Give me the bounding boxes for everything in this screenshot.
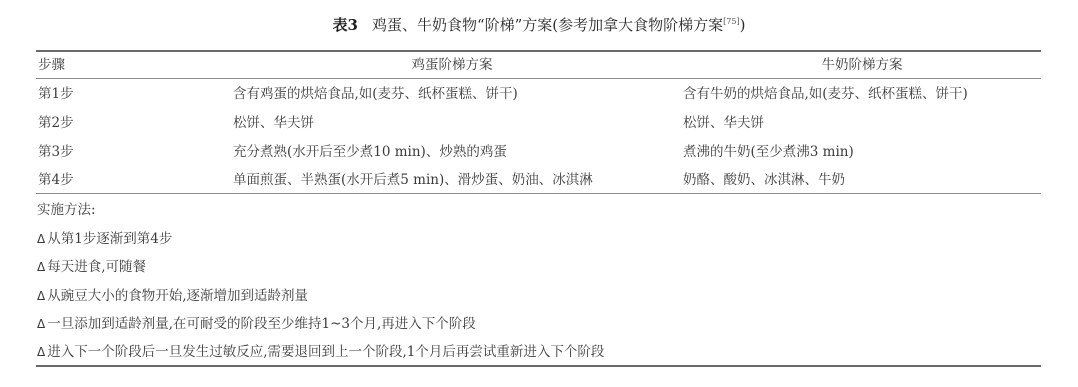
citation-reference: [75] xyxy=(723,17,739,26)
bottom-rule xyxy=(36,365,1041,367)
row-step: 第2步 xyxy=(38,114,74,132)
row-egg: 单面煎蛋、半熟蛋(水开后煮5 min)、滑炒蛋、奶油、冰淇淋 xyxy=(233,171,593,189)
row-milk: 含有牛奶的烘焙食品,如(麦芬、纸杯蛋糕、饼干) xyxy=(683,85,968,103)
table-title-text: 鸡蛋、牛奶食物“阶梯”方案(参考加拿大食物阶梯方案 xyxy=(372,16,723,34)
delta-bullet-icon: Δ xyxy=(37,317,45,331)
row-egg: 充分煮熟(水开后至少煮10 min)、炒熟的鸡蛋 xyxy=(233,143,507,161)
row-step: 第3步 xyxy=(38,143,74,161)
row-milk: 奶酪、酸奶、冰淇淋、牛奶 xyxy=(683,171,845,189)
delta-bullet-icon: Δ xyxy=(37,232,45,246)
body-bottom-rule xyxy=(36,193,1041,194)
header-milk-plan: 牛奶阶梯方案 xyxy=(683,56,1041,74)
row-milk: 松饼、华夫饼 xyxy=(683,114,764,132)
row-egg: 松饼、华夫饼 xyxy=(233,114,314,132)
method-item: Δ进入下一个阶段后一旦发生过敏反应,需要退回到上一个阶段,1个月后再尝试重新进入… xyxy=(37,343,604,361)
header-separator xyxy=(36,78,1041,79)
method-item: Δ从第1步逐渐到第4步 xyxy=(37,230,172,248)
table-number: 表3 xyxy=(333,16,358,34)
row-step: 第1步 xyxy=(38,85,74,103)
method-item: Δ每天进食,可随餐 xyxy=(37,258,146,276)
delta-bullet-icon: Δ xyxy=(37,260,45,274)
table-title-closing: ) xyxy=(740,16,746,34)
row-milk: 煮沸的牛奶(至少煮沸3 min) xyxy=(683,143,854,161)
methods-heading: 实施方法: xyxy=(37,201,96,219)
header-egg-plan: 鸡蛋阶梯方案 xyxy=(232,56,672,74)
row-egg: 含有鸡蛋的烘焙食品,如(麦芬、纸杯蛋糕、饼干) xyxy=(233,85,518,103)
delta-bullet-icon: Δ xyxy=(37,345,45,359)
top-rule xyxy=(36,50,1041,52)
table-caption: 表3鸡蛋、牛奶食物“阶梯”方案(参考加拿大食物阶梯方案[75]) xyxy=(0,11,1078,36)
row-step: 第4步 xyxy=(38,171,74,189)
header-step: 步骤 xyxy=(38,56,65,74)
method-item: Δ一旦添加到适龄剂量,在可耐受的阶段至少维持1~3个月,再进入下个阶段 xyxy=(37,315,476,333)
method-item: Δ从豌豆大小的食物开始,逐渐增加到适龄剂量 xyxy=(37,287,308,305)
delta-bullet-icon: Δ xyxy=(37,289,45,303)
